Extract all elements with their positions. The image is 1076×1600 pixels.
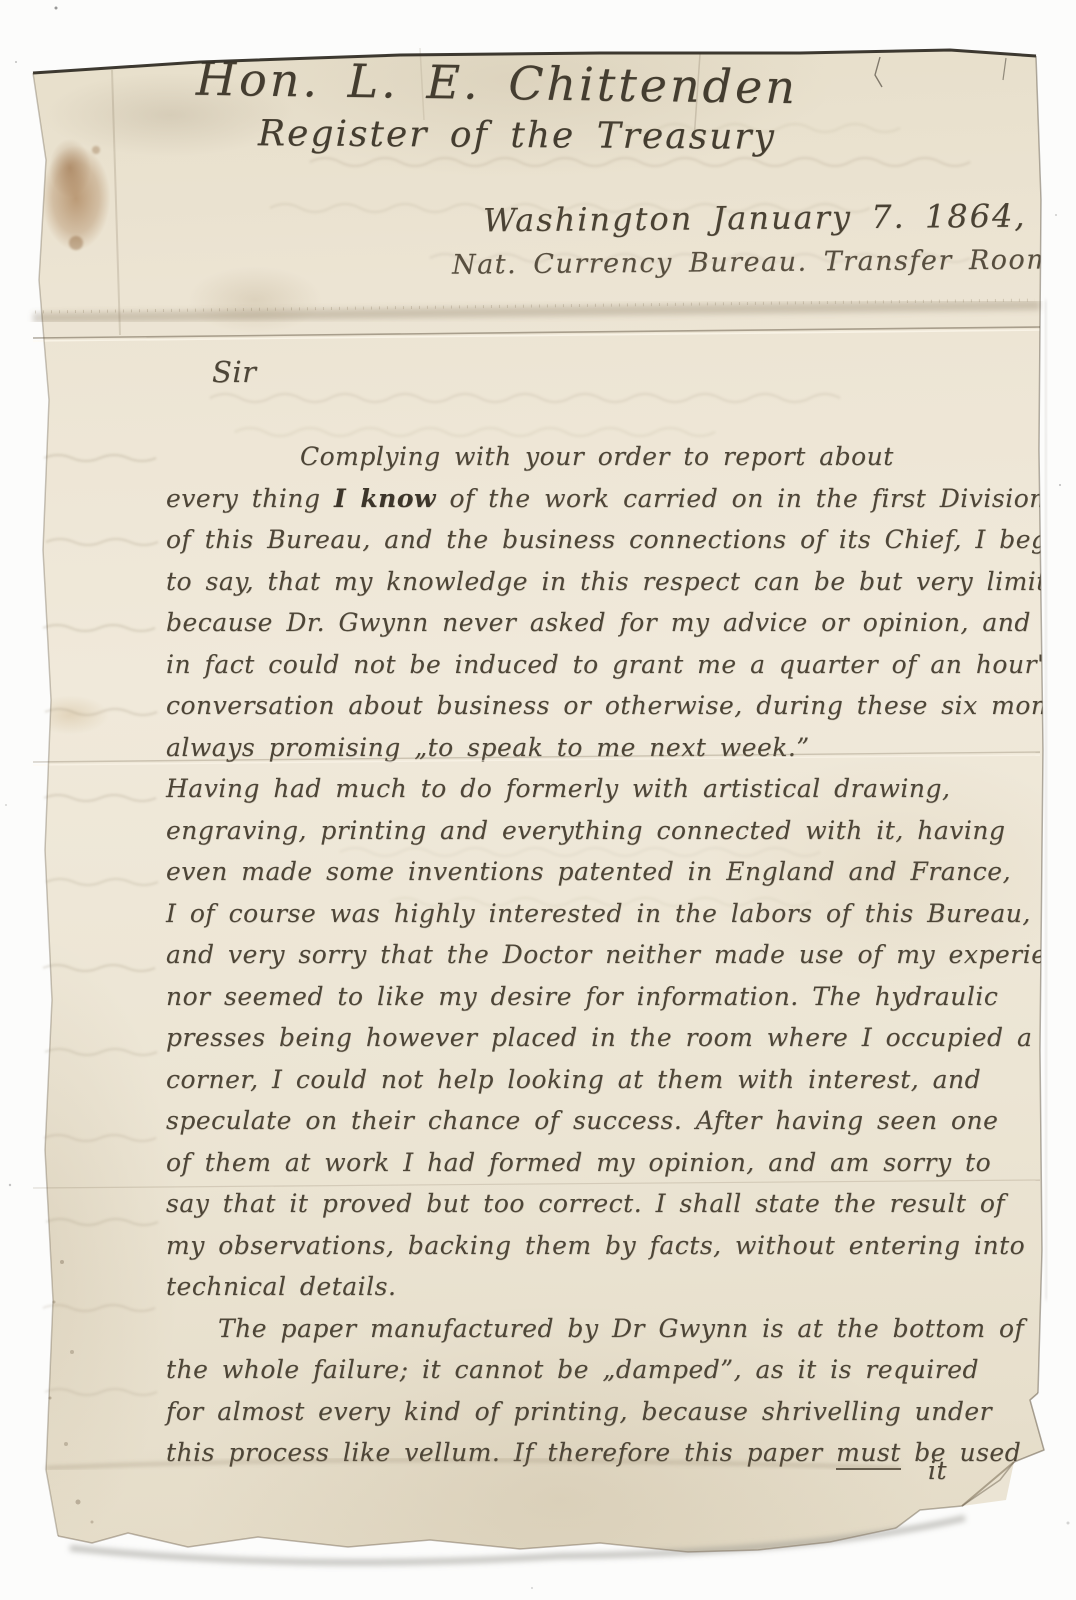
letter-line: corner, I could not help looking at them… [166, 1059, 1034, 1101]
overwritten-word: I know [334, 484, 436, 513]
line-segment: this process like vellum. If therefore t… [166, 1438, 836, 1467]
paper-sheet: Hon. L. E. Chittenden Register of the Tr… [0, 0, 1076, 1600]
letter-line: of them at work I had formed my opinion,… [166, 1142, 1034, 1184]
letter-line: Complying with your order to report abou… [166, 436, 1034, 478]
letter-scan: Hon. L. E. Chittenden Register of the Tr… [0, 0, 1076, 1600]
letter-line: presses being however placed in the room… [166, 1017, 1034, 1059]
salutation: Sir [212, 358, 257, 387]
letter-line: even made some inventions patented in En… [166, 851, 1034, 893]
letter-line: technical details. [166, 1266, 1034, 1308]
letter-line: to say, that my knowledge in this respec… [166, 561, 1034, 603]
letter-line: the whole failure; it cannot be „damped”… [166, 1349, 1034, 1391]
letter-line: of this Bureau, and the business connect… [166, 519, 1034, 561]
letter-line: conversation about business or otherwise… [166, 685, 1034, 727]
letter-line: every thing I know of the work carried o… [166, 478, 1034, 520]
line-segment: every thing [166, 484, 334, 513]
letter-line: engraving, printing and everything conne… [166, 810, 1034, 852]
letter-line: for almost every kind of printing, becau… [166, 1391, 1034, 1433]
letter-line: because Dr. Gwynn never asked for my adv… [166, 602, 1034, 644]
office-line: Nat. Currency Bureau. Transfer Room, [452, 246, 1064, 278]
letter-line: Having had much to do formerly with arti… [166, 768, 1034, 810]
letter-body: Complying with your order to report abou… [166, 436, 1034, 1474]
letter-line: in fact could not be induced to grant me… [166, 644, 1034, 686]
recipient-name: Hon. L. E. Chittenden [196, 56, 799, 110]
line-segment: of the work carried on in the first Divi… [436, 484, 1046, 513]
letter-line: nor seemed to like my desire for informa… [166, 976, 1034, 1018]
line-segment: be used [901, 1438, 1021, 1467]
letter-line: and very sorry that the Doctor neither m… [166, 934, 1034, 976]
letter-line: The paper manufactured by Dr Gwynn is at… [166, 1308, 1034, 1350]
dateline: Washington January 7. 1864, [483, 200, 1027, 237]
letter-line: say that it proved but too correct. I sh… [166, 1183, 1034, 1225]
letter-line: I of course was highly interested in the… [166, 893, 1034, 935]
letter-line: always promising „to speak to me next we… [166, 727, 1034, 769]
letter-line: my observations, backing them by facts, … [166, 1225, 1034, 1267]
catchword: it [928, 1458, 947, 1483]
letter-line: this process like vellum. If therefore t… [166, 1432, 1034, 1474]
letter-line: speculate on their chance of success. Af… [166, 1100, 1034, 1142]
underlined-word: must [836, 1438, 901, 1470]
recipient-title: Register of the Treasury [258, 116, 776, 156]
